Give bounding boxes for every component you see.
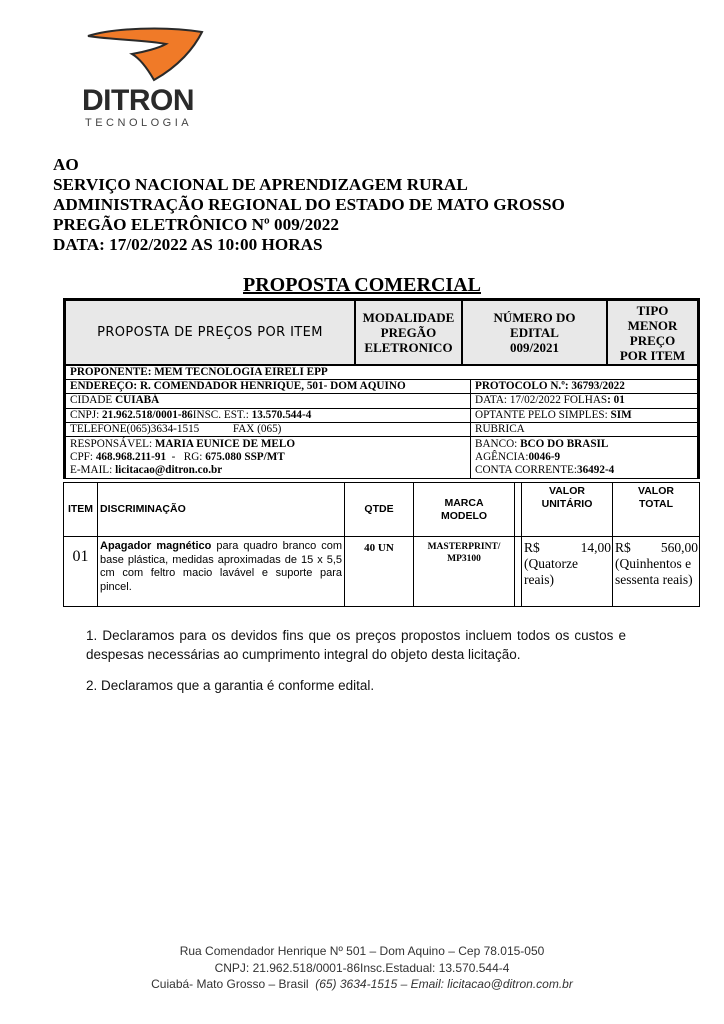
declaration-1: 1. Declaramos para os devidos fins que o… — [86, 626, 626, 664]
item-number: 01 — [64, 537, 98, 607]
item-description: Apagador magnético para quadro branco co… — [98, 537, 345, 607]
items-table: ITEM DISCRIMINAÇÃO QTDE MARCAMODELO VALO… — [63, 482, 700, 607]
item-marca: MASTERPRINT/MP3100 — [414, 537, 515, 607]
page-footer: Rua Comendador Henrique Nº 501 – Dom Aqu… — [0, 943, 724, 993]
addressee-line: AO — [53, 155, 565, 175]
col-valor-total: VALORTOTAL — [613, 483, 700, 537]
proposal-header-row: PROPOSTA DE PREÇOS POR ITEM MODALIDADEPR… — [66, 301, 697, 366]
header-modalidade: MODALIDADEPREGÃOELETRONICO — [356, 301, 463, 364]
logo-tagline: TECNOLOGIA — [85, 117, 192, 129]
footer-cnpj: CNPJ: 21.962.518/0001-86Insc.Estadual: 1… — [0, 960, 724, 977]
col-spacer — [515, 483, 522, 537]
proposal-box: PROPOSTA DE PREÇOS POR ITEM MODALIDADEPR… — [63, 298, 700, 479]
addressee-line: DATA: 17/02/2022 AS 10:00 HORAS — [53, 235, 565, 255]
email-link[interactable]: licitacao@ditron.co.br — [115, 464, 222, 476]
col-qtde: QTDE — [345, 483, 414, 537]
header-numero-edital: NÚMERO DOEDITAL009/2021 — [463, 301, 608, 364]
footer-contact: Cuiabá- Mato Grosso – Brasil (65) 3634-1… — [0, 976, 724, 993]
telefone-row: TELEFONE(065)3634-1515 FAX (065) RUBRICA — [66, 423, 697, 437]
cnpj-row: CNPJ: 21.962.518/0001-86INSC. EST.: 13.5… — [66, 409, 697, 423]
document-title: PROPOSTA COMERCIAL — [0, 274, 724, 297]
proponente-row: PROPONENTE: MEM TECNOLOGIA EIRELI EPP — [66, 366, 697, 380]
item-spacer — [515, 537, 522, 607]
col-item: ITEM — [64, 483, 98, 537]
item-qtde: 40 UN — [345, 537, 414, 607]
col-marca: MARCAMODELO — [414, 483, 515, 537]
footer-address: Rua Comendador Henrique Nº 501 – Dom Aqu… — [0, 943, 724, 960]
responsavel-row: RESPONSÁVEL: MARIA EUNICE DE MELO CPF: 4… — [66, 437, 697, 479]
items-header-row: ITEM DISCRIMINAÇÃO QTDE MARCAMODELO VALO… — [64, 483, 700, 537]
table-row: 01 Apagador magnético para quadro branco… — [64, 537, 700, 607]
col-valor-unitario: VALORUNITÁRIO — [522, 483, 613, 537]
header-proposta: PROPOSTA DE PREÇOS POR ITEM — [66, 301, 356, 364]
addressee-block: AO SERVIÇO NACIONAL DE APRENDIZAGEM RURA… — [53, 155, 565, 255]
col-discriminacao: DISCRIMINAÇÃO — [98, 483, 345, 537]
addressee-line: ADMINISTRAÇÃO REGIONAL DO ESTADO DE MATO… — [53, 195, 565, 215]
logo-brand: DITRON — [82, 84, 194, 118]
endereco-row: ENDEREÇO: R. COMENDADOR HENRIQUE, 501- D… — [66, 380, 697, 394]
declaration-2: 2. Declaramos que a garantia é conforme … — [86, 676, 626, 695]
logo-swoosh-icon — [84, 26, 209, 84]
header-tipo: TIPOMENORPREÇOPOR ITEM — [608, 301, 697, 364]
cidade-row: CIDADE CUIABÁ DATA: 17/02/2022 FOLHAS: 0… — [66, 394, 697, 408]
item-valor-unitario: R$14,00 (Quatorze reais) — [522, 537, 613, 607]
company-logo: DITRON TECNOLOGIA — [80, 26, 210, 122]
declarations: 1. Declaramos para os devidos fins que o… — [86, 626, 626, 707]
addressee-line: SERVIÇO NACIONAL DE APRENDIZAGEM RURAL — [53, 175, 565, 195]
addressee-line: PREGÃO ELETRÔNICO Nº 009/2022 — [53, 215, 565, 235]
item-valor-total: R$560,00 (Quinhentos e sessenta reais) — [613, 537, 700, 607]
